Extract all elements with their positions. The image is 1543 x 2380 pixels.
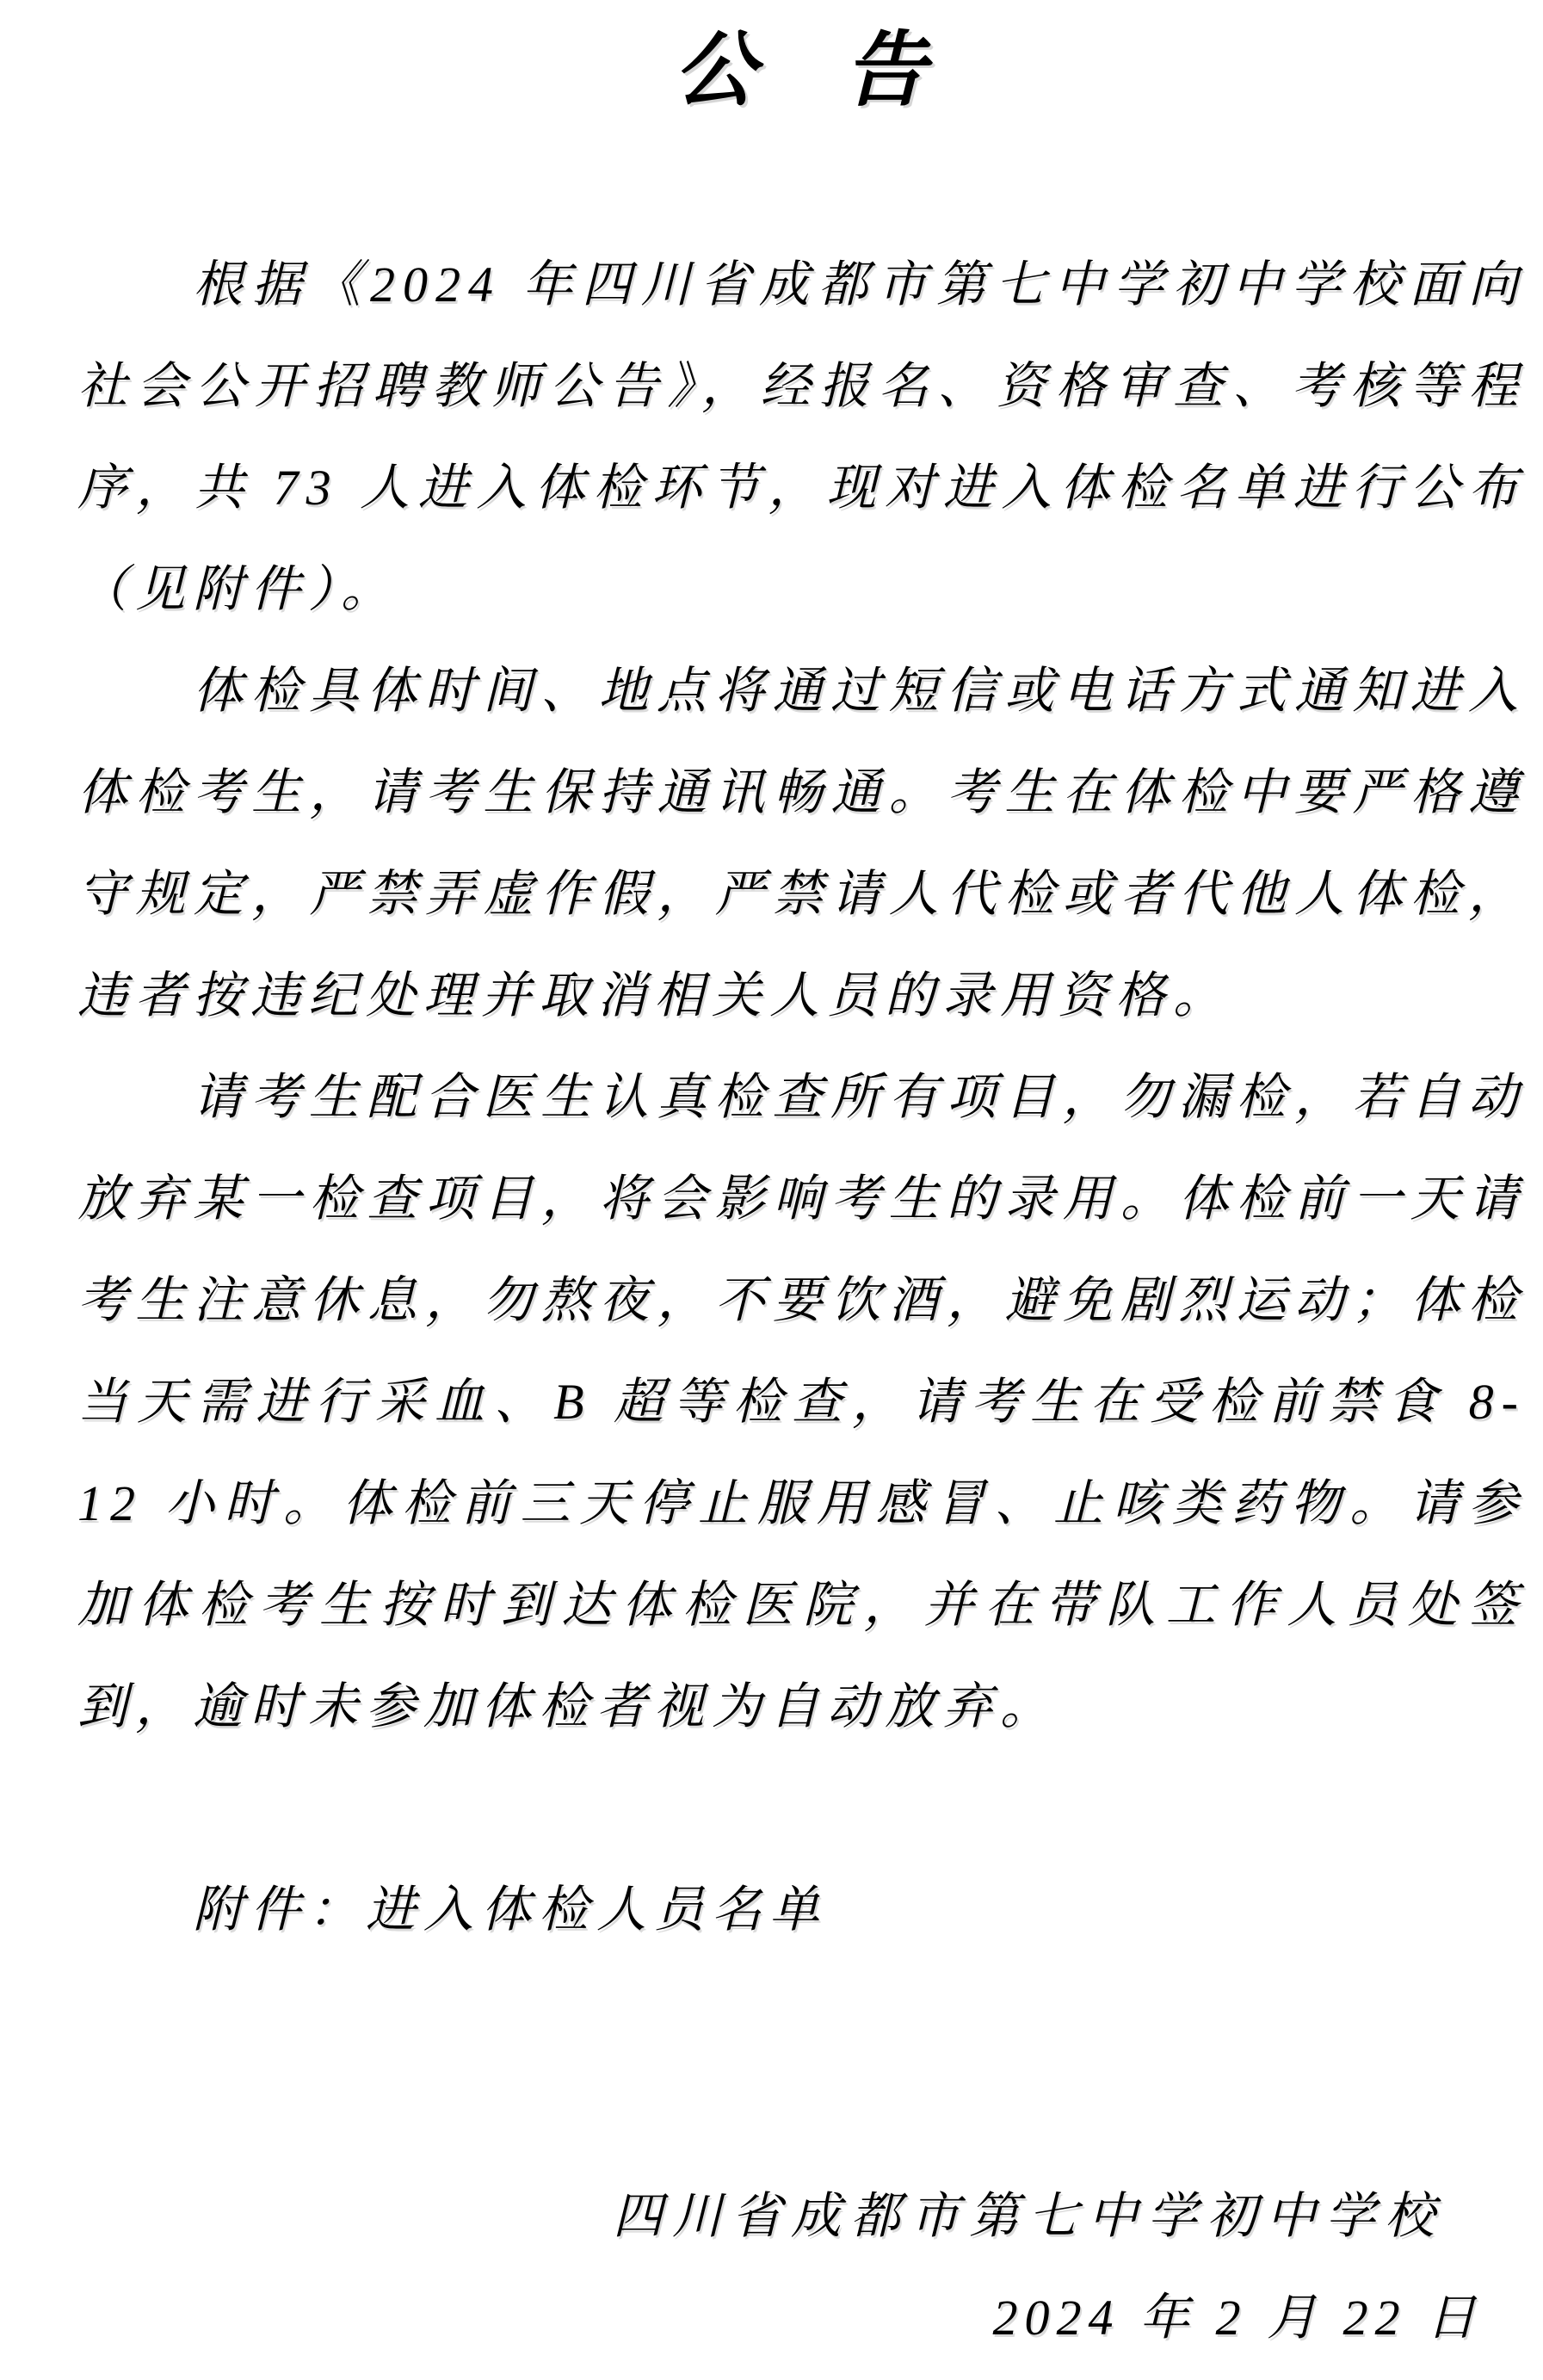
body-paragraph-3: 请考生配合医生认真检查所有项目，勿漏检，若自动放弃某一检查项目，将会影响考生的录… bbox=[77, 1047, 1526, 1758]
document-title: 公 告 bbox=[77, 0, 1526, 114]
body-paragraph-1: 根据《2024 年四川省成都市第七中学初中学校面向社会公开招聘教师公告》，经报名… bbox=[77, 234, 1526, 640]
signature-date: 2024 年 2 月 22 日 bbox=[77, 2267, 1526, 2369]
announcement-document: 公 告 根据《2024 年四川省成都市第七中学初中学校面向社会公开招聘教师公告》… bbox=[0, 0, 1543, 2380]
body-paragraph-2: 体检具体时间、地点将通过短信或电话方式通知进入体检考生，请考生保持通讯畅通。考生… bbox=[77, 640, 1526, 1047]
attachment-line: 附件：进入体检人员名单 bbox=[77, 1859, 1526, 1961]
signer-name: 四川省成都市第七中学初中学校 bbox=[77, 2166, 1526, 2267]
